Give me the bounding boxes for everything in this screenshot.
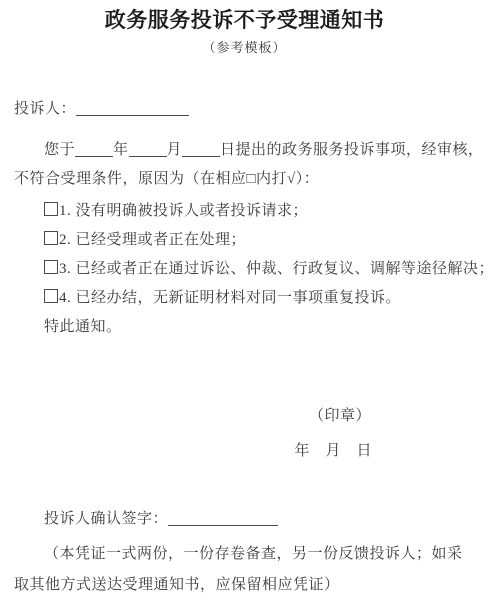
intro-text-pre: 您于 [44,142,75,158]
month-label: 月 [167,142,183,158]
complainant-label: 投诉人： [14,101,76,117]
reason-4-checkbox[interactable] [44,289,58,303]
month-blank[interactable] [129,142,167,157]
reason-3-checkbox[interactable] [44,260,58,274]
reason-list: 1. 没有明确被投诉人或者投诉请求； 2. 已经受理或者正在处理； 3. 已经或… [14,197,475,313]
footnote-line-2: 取其他方式送达受理通知书，应保留相应凭证） [14,570,475,600]
complainant-row: 投诉人： [14,95,475,124]
intro-line-2: 不符合受理条件，原因为（在相应□内打√）： [14,165,475,194]
complainant-name-blank[interactable] [76,101,189,116]
intro-line-1: 您于年月日提出的政务服务投诉事项，经审核， [14,136,475,165]
reason-3-label: 3. 已经或者正在通过诉讼、仲裁、行政复议、调解等途径解决； [59,261,489,277]
footnote-line-1: （本凭证一式两份，一份存卷备查，另一份反馈投诉人；如采 [14,539,475,570]
document-subtitle: （参考模板） [0,39,489,57]
signature-row: 投诉人确认签字： [44,505,475,534]
document-title: 政务服务投诉不予受理通知书 [0,0,489,33]
reason-1-checkbox[interactable] [44,202,58,216]
year-blank[interactable] [75,142,113,157]
signature-blank[interactable] [168,511,278,526]
reason-2-checkbox[interactable] [44,231,58,245]
date-line: 年 月 日 [0,437,489,466]
closing-statement: 特此通知。 [14,313,475,342]
signature-label: 投诉人确认签字： [44,511,168,527]
footnote-paragraph: （本凭证一式两份，一份存卷备查，另一份反馈投诉人；如采 取其他方式送达受理通知书… [14,539,475,600]
reason-item-3: 3. 已经或者正在通过诉讼、仲裁、行政复议、调解等途径解决； [14,255,475,284]
seal-placeholder: （印章） [0,402,489,431]
notice-document: 政务服务投诉不予受理通知书 （参考模板） 投诉人： 您于年月日提出的政务服务投诉… [0,0,489,600]
intro-text-rest: 日提出的政务服务投诉事项，经审核， [220,142,484,158]
reason-4-label: 4. 已经办结，无新证明材料对同一事项重复投诉。 [59,290,401,306]
year-label: 年 [113,142,129,158]
reason-item-4: 4. 已经办结，无新证明材料对同一事项重复投诉。 [14,284,475,313]
day-blank[interactable] [182,142,220,157]
reason-1-label: 1. 没有明确被投诉人或者投诉请求； [59,203,308,219]
reason-2-label: 2. 已经受理或者正在处理； [59,232,246,248]
reason-item-1: 1. 没有明确被投诉人或者投诉请求； [14,197,475,226]
intro-paragraph: 您于年月日提出的政务服务投诉事项，经审核， 不符合受理条件，原因为（在相应□内打… [14,136,475,194]
reason-item-2: 2. 已经受理或者正在处理； [14,226,475,255]
